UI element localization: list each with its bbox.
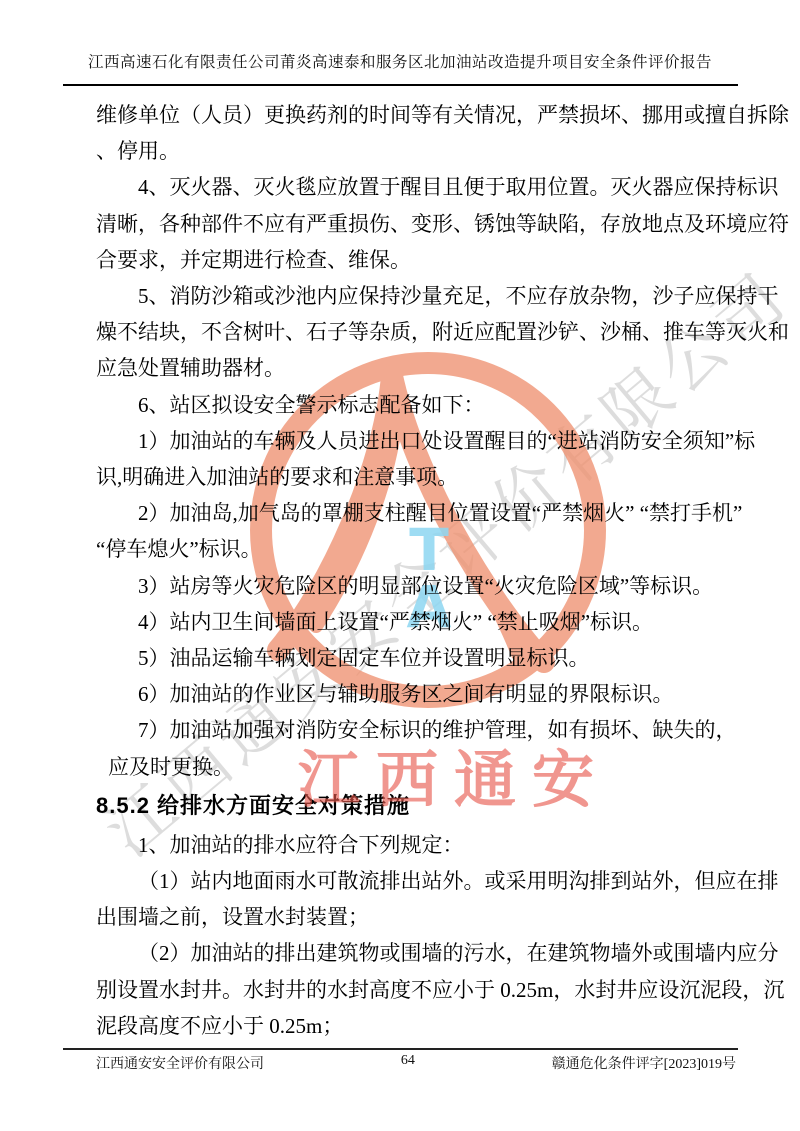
body-line: 4）站内卫生间墙面上设置“严禁烟火” “禁止吸烟”标识。 (96, 604, 748, 640)
footer-company: 江西通安安全评价有限公司 (96, 1053, 264, 1073)
body-line: 7）加油站加强对消防安全标识的维护管理，如有损坏、缺失的， (96, 712, 748, 748)
body-line: 6、站区拟设安全警示标志配备如下： (96, 387, 748, 423)
body-line: 、停用。 (96, 133, 748, 169)
report-title: 江西高速石化有限责任公司莆炎高速泰和服务区北加油站改造提升项目安全条件评价报告 (40, 50, 760, 72)
body-line: 应及时更换。 (96, 749, 748, 785)
body-line: 别设置水封井。水封井的水封高度不应小于 0.25m，水封井应设沉泥段，沉 (96, 972, 748, 1008)
body-line: 燥不结块，不含树叶、石子等杂质，附近应配置沙铲、沙桶、推车等灭火和 (96, 314, 748, 350)
body-line: 1、加油站的排水应符合下列规定： (96, 827, 748, 863)
body-line: 2）加油岛,加气岛的罩棚支柱醒目位置设置“严禁烟火” “禁打手机” (96, 495, 748, 531)
body-line: 4、灭火器、灭火毯应放置于醒目且便于取用位置。灭火器应保持标识 (96, 169, 748, 205)
body-line: 出围墙之前，设置水封装置； (96, 899, 748, 935)
body-line: 1）加油站的车辆及人员进出口处设置醒目的“进站消防安全须知”标 (96, 423, 748, 459)
body-line: 应急处置辅助器材。 (96, 350, 748, 386)
body-line: 8.5.2 给排水方面安全对策措施 (96, 785, 748, 827)
body-line: 泥段高度不应小于 0.25m； (96, 1008, 748, 1044)
body-line: 维修单位（人员）更换药剂的时间等有关情况，严禁损坏、挪用或擅自拆除 (96, 97, 748, 133)
header-rule (63, 84, 738, 86)
page-number: 64 (401, 1053, 415, 1073)
footer-rule (63, 1048, 738, 1050)
body-line: 3）站房等火灾危险区的明显部位设置“火灾危险区域”等标识。 (96, 568, 748, 604)
body-line: （2）加油站的排出建筑物或围墙的污水，在建筑物墙外或围墙内应分 (96, 935, 748, 971)
body-line: 清晰，各种部件不应有严重损伤、变形、锈蚀等缺陷，存放地点及环境应符 (96, 206, 748, 242)
body-line: 6）加油站的作业区与辅助服务区之间有明显的界限标识。 (96, 676, 748, 712)
body-line: 5、消防沙箱或沙池内应保持沙量充足，不应存放杂物，沙子应保持干 (96, 278, 748, 314)
body-line: “停车熄火”标识。 (96, 531, 748, 567)
document-body: 维修单位（人员）更换药剂的时间等有关情况，严禁损坏、挪用或擅自拆除、停用。4、灭… (96, 97, 748, 1044)
body-line: 识,明确进入加油站的要求和注意事项。 (96, 459, 748, 495)
page-footer: 江西通安安全评价有限公司 64 赣通危化条件评字[2023]019号 (96, 1053, 736, 1073)
body-line: （1）站内地面雨水可散流排出站外。或采用明沟排到站外，但应在排 (96, 863, 748, 899)
doc-number: 赣通危化条件评字[2023]019号 (552, 1053, 736, 1073)
report-page: 江西通安安全评价有限公司 T A 江西高速石化有限责任公司莆炎高速泰和服务区北加… (0, 0, 800, 1131)
body-line: 合要求，并定期进行检查、维保。 (96, 242, 748, 278)
body-line: 5）油品运输车辆划定固定车位并设置明显标识。 (96, 640, 748, 676)
